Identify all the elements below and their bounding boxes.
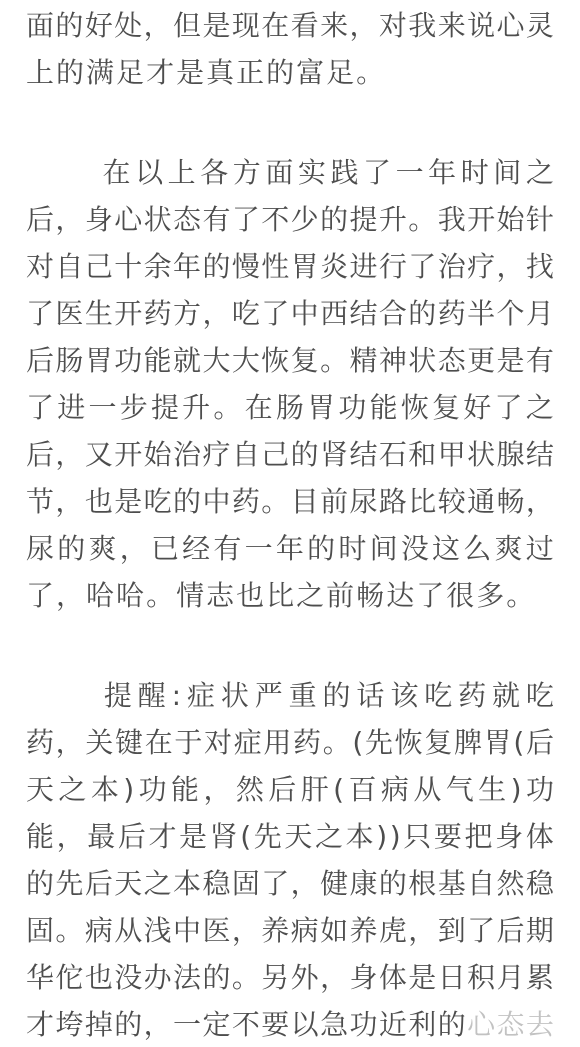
text-char: 针 [526, 196, 554, 243]
text-char: 处 [114, 2, 142, 49]
text-line: 面的好处，但是现在看来，对我来说心灵 [26, 2, 554, 49]
text-char: 间 [370, 525, 398, 572]
text-char: ， [144, 2, 172, 49]
text-char: 期 [526, 907, 554, 954]
text-char: 治 [438, 243, 466, 290]
text-char: 炎 [320, 243, 348, 290]
text-char: 到 [438, 907, 466, 954]
text-char: ( [333, 766, 344, 813]
text-char: 面 [26, 2, 54, 49]
text-char: 病 [85, 907, 113, 954]
text-char: 提 [349, 196, 377, 243]
text-char: 累 [526, 954, 554, 1001]
text-char: 利 [408, 1001, 436, 1047]
text-char: 然 [236, 766, 264, 813]
text-char: 基 [438, 860, 466, 907]
text-char: 中 [202, 478, 230, 525]
text-char: 的 [56, 49, 86, 96]
text-line: 对自己十余年的慢性胃炎进行了治疗，找 [26, 243, 554, 290]
text-char: 之 [315, 813, 343, 860]
text-char: 升 [182, 384, 210, 431]
text-char: 是 [202, 2, 230, 49]
text-char: 康 [349, 860, 377, 907]
text-char: 掉 [85, 1001, 113, 1047]
text-line: 提醒:症状严重的话该吃药就吃 [26, 672, 554, 719]
text-line: 药，关键在于对症用药。(先恢复脾胃(后 [26, 719, 554, 766]
text-char: 本 [346, 813, 374, 860]
text-line: 才垮掉的，一定不要以急功近利的心态去 [26, 1001, 554, 1047]
text-char: 稳 [526, 860, 554, 907]
text-char: 才 [146, 49, 176, 96]
text-char: 状 [221, 672, 249, 719]
text-char: 先 [55, 860, 83, 907]
text-char: ) [511, 766, 522, 813]
text-char: 是 [179, 813, 207, 860]
text-char: 药 [438, 290, 466, 337]
text-char: 胃 [291, 243, 319, 290]
text-char: 一 [245, 525, 273, 572]
text-char: 重 [289, 672, 317, 719]
text-char: 步 [120, 384, 148, 431]
text-char: 时 [338, 525, 366, 572]
text-char: ， [55, 196, 83, 243]
text-char: 恢 [261, 337, 289, 384]
text-char: 肠 [55, 337, 83, 384]
text-char: 是 [497, 337, 525, 384]
text-char: 结 [349, 290, 377, 337]
text-char: ， [349, 2, 377, 49]
text-char: 好 [463, 384, 491, 431]
text-char: 甲 [438, 431, 466, 478]
text-char: 足 [326, 49, 356, 96]
text-char: 吃 [526, 672, 554, 719]
text-char: 法 [173, 954, 201, 1001]
text-char: 肾 [320, 431, 348, 478]
text-char: 是 [114, 478, 142, 525]
text-char: 药 [458, 672, 486, 719]
text-char: 践 [330, 149, 358, 196]
text-char: 后 [26, 431, 54, 478]
text-char: 胃 [307, 384, 335, 431]
text-char: 脾 [454, 719, 482, 766]
text-char: 虎 [379, 907, 407, 954]
text-char: 各 [200, 149, 228, 196]
text-char: 症 [187, 672, 215, 719]
text-char: 畅 [356, 572, 386, 619]
text-char: 定 [202, 1001, 230, 1047]
text-line: 上的满足才是真正的富足。 [26, 49, 554, 96]
text-char: 真 [206, 49, 236, 96]
text-char: 性 [261, 243, 289, 290]
text-char: 之 [526, 384, 554, 431]
text-line: 后，又开始治疗自己的肾结石和甲状腺结 [26, 431, 554, 478]
text-char: ， [408, 907, 436, 954]
watermark-faded-char: 心 [467, 1001, 495, 1047]
text-char: 生 [478, 766, 506, 813]
text-char: 好 [85, 2, 113, 49]
text-char: 生 [85, 290, 113, 337]
text-char: 病 [381, 766, 409, 813]
text-char: ( [352, 719, 363, 766]
text-char: 的 [266, 49, 296, 96]
text-char: 态 [173, 196, 201, 243]
text-char: 的 [55, 2, 83, 49]
text-char: 的 [408, 290, 436, 337]
text-char: 没 [401, 525, 429, 572]
text-char: 面 [265, 149, 293, 196]
text-char: 。 [232, 954, 260, 1001]
text-char: 但 [173, 2, 201, 49]
text-char: 了 [26, 290, 54, 337]
text-char: 我 [438, 196, 466, 243]
text-char: 。 [261, 478, 289, 525]
article-page: 面的好处，但是现在看来，对我来说心灵上的满足才是真正的富足。在以上各方面实践了一… [0, 0, 580, 1047]
text-char: 节 [26, 478, 54, 525]
text-line: 在以上各方面实践了一年时间之 [26, 149, 554, 196]
text-char: ， [203, 766, 231, 813]
text-char: 天 [26, 766, 54, 813]
text-char: 积 [467, 954, 495, 1001]
text-char: 石 [379, 431, 407, 478]
text-line: 了医生开药方，吃了中西结合的药半个月 [26, 290, 554, 337]
text-char: 这 [432, 525, 460, 572]
text-char: 的 [320, 196, 348, 243]
text-char: 吃 [232, 290, 260, 337]
text-line: 天之本)功能，然后肝(百病从气生)功 [26, 766, 554, 813]
text-char: 功 [349, 1001, 377, 1047]
text-char: 月 [497, 954, 525, 1001]
text-char: ) [376, 813, 387, 860]
text-char: 。 [506, 572, 536, 619]
text-char: 大 [232, 337, 260, 384]
text-char: 气 [446, 766, 474, 813]
text-line: 后肠胃功能就大大恢复。精神状态更是有 [26, 337, 554, 384]
text-char: 了 [363, 149, 391, 196]
text-char: 的 [307, 525, 335, 572]
text-char: ， [202, 290, 230, 337]
text-char: 不 [261, 196, 289, 243]
text-char: 年 [173, 243, 201, 290]
text-char: 健 [320, 860, 348, 907]
text-char: 上 [26, 49, 56, 96]
text-char: 年 [428, 149, 456, 196]
text-char: 态 [438, 337, 466, 384]
text-char: 才 [148, 813, 176, 860]
text-char: 之 [526, 149, 554, 196]
text-char: 从 [413, 766, 441, 813]
text-char: 只 [403, 813, 431, 860]
text-char: 如 [320, 907, 348, 954]
text-char: 后 [26, 337, 54, 384]
text-char: 的 [57, 525, 85, 572]
text-char: 治 [173, 431, 201, 478]
text-char: 自 [467, 860, 495, 907]
text-char: 之 [58, 766, 86, 813]
text-char: 把 [465, 813, 493, 860]
text-char: ( [240, 813, 251, 860]
text-char: 己 [261, 431, 289, 478]
text-char: 在 [145, 719, 173, 766]
text-char: 也 [236, 572, 266, 619]
text-char: ) [123, 766, 134, 813]
text-char: ， [320, 954, 348, 1001]
text-char: 实 [298, 149, 326, 196]
text-char: 了 [495, 384, 523, 431]
text-char: 肝 [301, 766, 329, 813]
text-char: 本 [91, 766, 119, 813]
text-char: 慢 [232, 243, 260, 290]
text-char: 很 [446, 572, 476, 619]
article-body: 面的好处，但是现在看来，对我来说心灵上的满足才是真正的富足。在以上各方面实践了一… [0, 0, 580, 1047]
text-char: 提 [104, 672, 132, 719]
text-char: 天 [114, 860, 142, 907]
text-char: ， [497, 243, 525, 290]
text-char: 本 [173, 860, 201, 907]
text-char: 足 [116, 49, 146, 96]
text-char: 一 [88, 384, 116, 431]
text-char: 药 [293, 719, 321, 766]
text-char: 尿 [349, 478, 377, 525]
text-char: 状 [144, 196, 172, 243]
text-char: 。 [323, 719, 351, 766]
text-char: 了 [232, 196, 260, 243]
text-char: 后 [497, 907, 525, 954]
text-char: ， [56, 572, 86, 619]
text-char: 肠 [276, 384, 304, 431]
text-char: 和 [408, 431, 436, 478]
text-char: 醒 [138, 672, 166, 719]
text-char: 始 [497, 196, 525, 243]
text-char: 药 [232, 478, 260, 525]
text-char: 天 [284, 813, 312, 860]
text-char: 尿 [26, 525, 54, 572]
text-char: 的 [323, 672, 351, 719]
text-char: 来 [438, 2, 466, 49]
text-line: 的先后天之本稳固了，健康的根基自然稳 [26, 860, 554, 907]
text-char: 能 [26, 813, 54, 860]
text-char: 情 [176, 572, 206, 619]
text-char: 。 [146, 572, 176, 619]
text-char: 先 [254, 813, 282, 860]
text-char: 固 [26, 907, 54, 954]
text-char: 正 [236, 49, 266, 96]
text-char: 复 [291, 337, 319, 384]
text-char: 后 [268, 766, 296, 813]
paragraph: 面的好处，但是现在看来，对我来说心灵上的满足才是真正的富足。 [26, 2, 554, 96]
text-char: : [172, 672, 181, 719]
text-char: 不 [232, 1001, 260, 1047]
text-char: 办 [144, 954, 172, 1001]
text-line: 能，最后才是肾(先天之本))只要把身体 [26, 813, 554, 860]
text-char: 月 [526, 290, 554, 337]
text-char: 说 [467, 2, 495, 49]
text-char: 多 [476, 572, 506, 619]
text-char: 升 [379, 196, 407, 243]
text-char: 。 [55, 907, 83, 954]
text-char: 后 [118, 813, 146, 860]
text-char: 经 [182, 525, 210, 572]
text-char: 恢 [395, 719, 423, 766]
text-char: 十 [114, 243, 142, 290]
text-char: 近 [379, 1001, 407, 1047]
text-char: 也 [85, 478, 113, 525]
text-char: 自 [55, 243, 83, 290]
text-char: 医 [202, 907, 230, 954]
text-char: 来 [320, 2, 348, 49]
text-char: 进 [349, 243, 377, 290]
text-char: 的 [173, 478, 201, 525]
text-char: 了 [467, 907, 495, 954]
text-char: 了 [26, 572, 56, 619]
text-char: 一 [396, 149, 424, 196]
text-char: 更 [467, 337, 495, 384]
text-char: 垮 [55, 1001, 83, 1047]
text-char: 是 [408, 954, 436, 1001]
text-char: 医 [55, 290, 83, 337]
text-char: 前 [326, 572, 356, 619]
text-char: 另 [261, 954, 289, 1001]
text-char: ， [56, 719, 84, 766]
paragraph: 提醒:症状严重的话该吃药就吃药，关键在于对症用药。(先恢复脾胃(后天之本)功能，… [26, 672, 554, 1047]
text-char: 身 [495, 813, 523, 860]
text-char: 过 [526, 525, 554, 572]
text-char: 用 [263, 719, 291, 766]
text-char: 个 [497, 290, 525, 337]
text-char: 后 [26, 196, 54, 243]
text-char: 开 [114, 431, 142, 478]
text-char: 该 [390, 672, 418, 719]
text-char: 的 [202, 954, 230, 1001]
text-line: 固。病从浅中医，养病如养虎，到了后期 [26, 907, 554, 954]
text-char: 药 [144, 290, 172, 337]
text-char: 在 [261, 2, 289, 49]
text-char: 药 [26, 719, 54, 766]
text-char: 以 [135, 149, 163, 196]
text-char: 稳 [202, 860, 230, 907]
text-char: 键 [115, 719, 143, 766]
text-char: 才 [26, 1001, 54, 1047]
text-char: 疗 [202, 431, 230, 478]
text-char: 志 [206, 572, 236, 619]
text-char: 较 [438, 478, 466, 525]
text-char: 了 [261, 860, 289, 907]
text-char: 。 [356, 49, 386, 96]
text-char: 胃 [85, 337, 113, 384]
text-char: 状 [408, 337, 436, 384]
text-char: 余 [144, 243, 172, 290]
text-char: 看 [291, 2, 319, 49]
text-char: 固 [232, 860, 260, 907]
text-line: 后，身心状态有了不少的提升。我开始针 [26, 196, 554, 243]
text-char: 养 [261, 907, 289, 954]
text-char: 西 [320, 290, 348, 337]
text-char: 半 [467, 290, 495, 337]
text-char: 严 [255, 672, 283, 719]
text-char: 有 [526, 337, 554, 384]
text-char: 爽 [495, 525, 523, 572]
text-char: 肾 [210, 813, 238, 860]
text-char: 通 [467, 478, 495, 525]
text-char: 复 [424, 719, 452, 766]
text-char: 状 [467, 431, 495, 478]
watermark-faded-char: 去 [526, 1001, 554, 1047]
text-char: 就 [173, 337, 201, 384]
text-char: 灵 [526, 2, 554, 49]
text-char: 间 [493, 149, 521, 196]
text-char: 有 [202, 196, 230, 243]
text-char: 对 [379, 2, 407, 49]
text-char: 体 [379, 954, 407, 1001]
text-char: 要 [261, 1001, 289, 1047]
text-char: 在 [245, 384, 273, 431]
text-char: 能 [171, 766, 199, 813]
text-char: 从 [114, 907, 142, 954]
text-char: 心 [497, 2, 525, 49]
text-char: 精 [349, 337, 377, 384]
text-char: 已 [151, 525, 179, 572]
text-char: 没 [114, 954, 142, 1001]
text-char: 中 [173, 907, 201, 954]
text-char: 胃 [484, 719, 512, 766]
text-char: 提 [151, 384, 179, 431]
text-char: ， [291, 860, 319, 907]
text-line: 节，也是吃的中药。目前尿路比较通畅， [26, 478, 554, 525]
text-char: ( [513, 719, 524, 766]
text-char: 疗 [467, 243, 495, 290]
text-char: 是 [176, 49, 206, 96]
text-char: 对 [204, 719, 232, 766]
text-char: 的 [291, 431, 319, 478]
text-line: 华佗也没办法的。另外，身体是日积月累 [26, 954, 554, 1001]
text-char: 方 [173, 290, 201, 337]
text-char: 吃 [144, 478, 172, 525]
text-char: 大 [202, 337, 230, 384]
text-char: 目 [291, 478, 319, 525]
text-char: 了 [408, 243, 436, 290]
text-char: 华 [26, 954, 54, 1001]
text-char: 的 [202, 243, 230, 290]
text-char: 后 [85, 860, 113, 907]
text-char: 时 [461, 149, 489, 196]
text-char: ， [120, 525, 148, 572]
text-char: 前 [320, 478, 348, 525]
text-char: 的 [379, 860, 407, 907]
text-char: 富 [296, 49, 326, 96]
text-char: 比 [266, 572, 296, 619]
text-char: 么 [463, 525, 491, 572]
text-char: 根 [408, 860, 436, 907]
text-char: 对 [26, 243, 54, 290]
text-char: 在 [103, 149, 131, 196]
text-char: 开 [114, 290, 142, 337]
text-char: 身 [349, 954, 377, 1001]
text-char: 关 [85, 719, 113, 766]
text-char: 症 [234, 719, 262, 766]
text-char: 心 [114, 196, 142, 243]
text-char: 又 [85, 431, 113, 478]
text-char: 佗 [55, 954, 83, 1001]
text-char: 满 [86, 49, 116, 96]
text-char: 自 [232, 431, 260, 478]
text-char: 复 [432, 384, 460, 431]
text-char: 找 [526, 243, 554, 290]
text-char: 腺 [497, 431, 525, 478]
text-char: 功 [338, 384, 366, 431]
text-char: 日 [438, 954, 466, 1001]
text-char: 方 [233, 149, 261, 196]
text-char: 功 [114, 337, 142, 384]
text-line: 了，哈哈。情志也比之前畅达了很多。 [26, 572, 554, 619]
